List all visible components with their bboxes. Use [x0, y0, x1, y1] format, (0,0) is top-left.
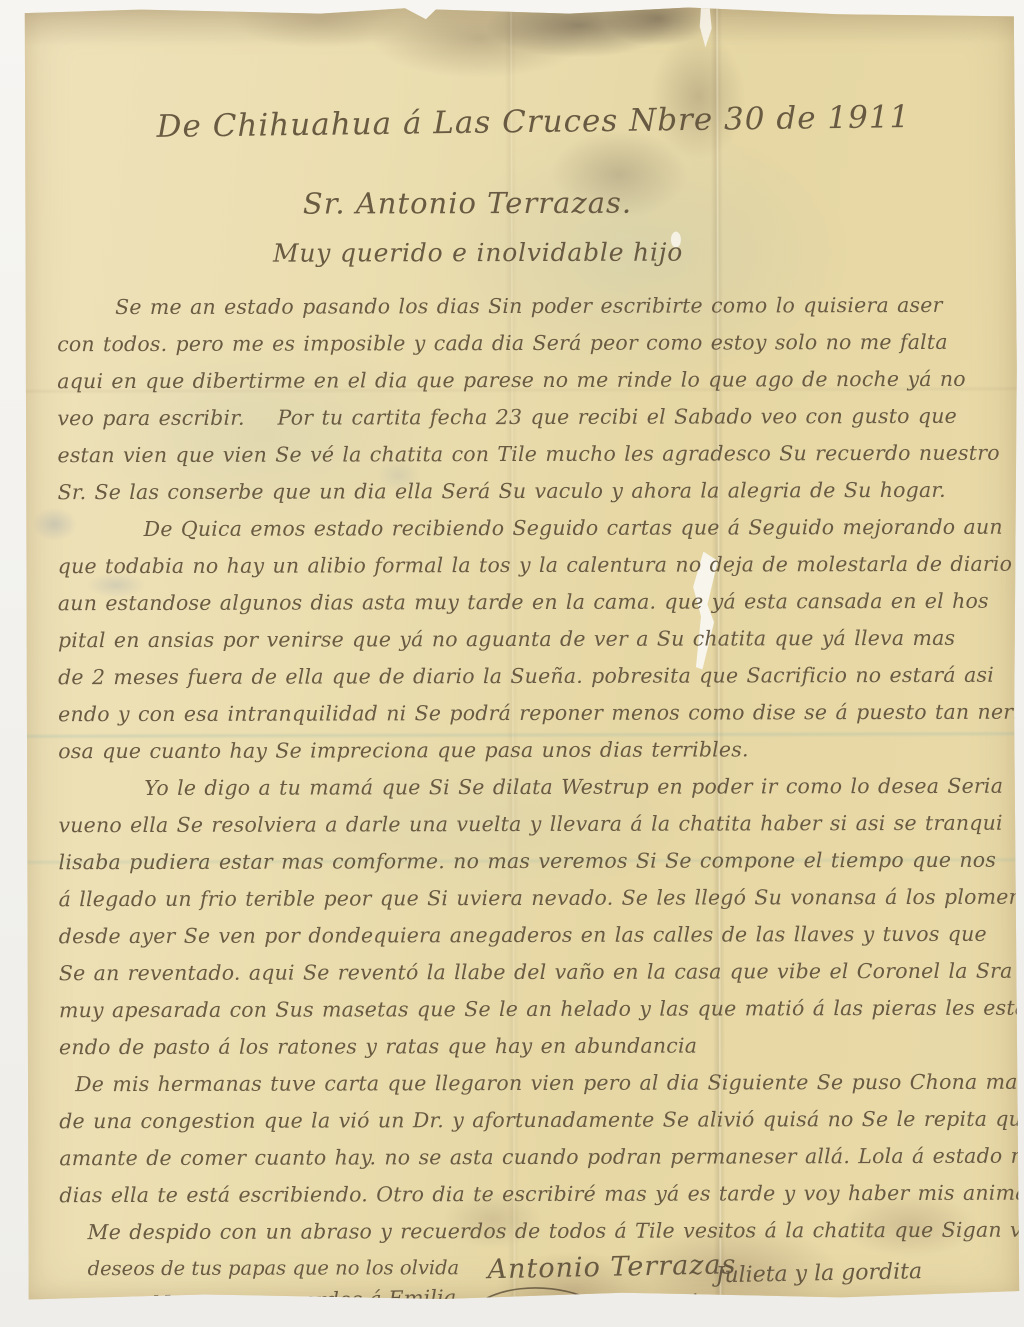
- letter-line: De Quica emos estado recibiendo Seguido …: [58, 509, 1014, 549]
- closing-line: deseos de tus papas que no los olvida: [88, 1256, 460, 1280]
- letter-line: que todabia no hay un alibio formal la t…: [58, 546, 1014, 586]
- letter-line: á llegado un frio terible peor que Si uv…: [59, 879, 1015, 919]
- letter-line: vueno ella Se resolviera a darle una vue…: [58, 805, 1014, 845]
- letter-line: dias ella te está escribiendo. Otro dia …: [59, 1175, 1015, 1215]
- letter-line: Yo le digo a tu mamá que Si Se dilata We…: [58, 768, 1014, 808]
- letter-line: estan vien que vien Se vé la chatita con…: [57, 435, 1013, 475]
- paper-tear-top-edge: [698, 5, 712, 47]
- recipient-line: Sr. Antonio Terrazas.: [303, 186, 632, 221]
- letter-line: con todos. pero me es imposible y cada d…: [57, 324, 1013, 364]
- letter-line: Se me an estado pasando los dias Sin pod…: [57, 287, 1013, 327]
- letter-line: aqui en que dibertirme en el dia que par…: [57, 361, 1013, 401]
- letter-line: desde ayer Se ven por dondequiera anegad…: [59, 916, 1015, 956]
- letter-line: pital en ansias por venirse que yá no ag…: [58, 620, 1014, 660]
- letter-line: amante de comer cuanto hay. no se asta c…: [59, 1138, 1015, 1178]
- letter-line: endo y con esa intranquilidad ni Se podr…: [58, 694, 1014, 734]
- dateline: De Chihuahua á Las Cruces Nbre 30 de 191…: [156, 99, 910, 145]
- letter-line: Me despido con un abraso y recuerdos de …: [59, 1212, 1015, 1252]
- letter-line: osa que cuanto hay Se impreciona que pas…: [58, 731, 1014, 771]
- letter-line: Sr. Se las conserbe que un dia ella Será…: [58, 472, 1014, 512]
- letter-line: aun estandose algunos dias asta muy tard…: [58, 583, 1014, 623]
- letter-body: Se me an estado pasando los dias Sin pod…: [57, 287, 1016, 1251]
- letter-line: Se an reventado. aqui Se reventó la llab…: [59, 953, 1015, 993]
- greeting-line: Muy querido e inolvidable hijo: [273, 238, 683, 268]
- letter-paper: De Chihuahua á Las Cruces Nbre 30 de 191…: [22, 5, 1019, 1306]
- letter-line: lisaba pudiera estar mas comforme. no ma…: [58, 842, 1014, 882]
- letter-line: De mis hermanas tuve carta que llegaron …: [59, 1064, 1015, 1104]
- letter-line: muy apesarada con Sus masetas que Se le …: [59, 990, 1015, 1030]
- letter-line: de una congestion que la vió un Dr. y af…: [59, 1101, 1015, 1141]
- letter-line: veo para escribir. Por tu cartita fecha …: [57, 398, 1013, 438]
- letter-line: endo de pasto á los ratones y ratas que …: [59, 1027, 1015, 1067]
- letter-line: de 2 meses fuera de ella que de diario l…: [58, 657, 1014, 697]
